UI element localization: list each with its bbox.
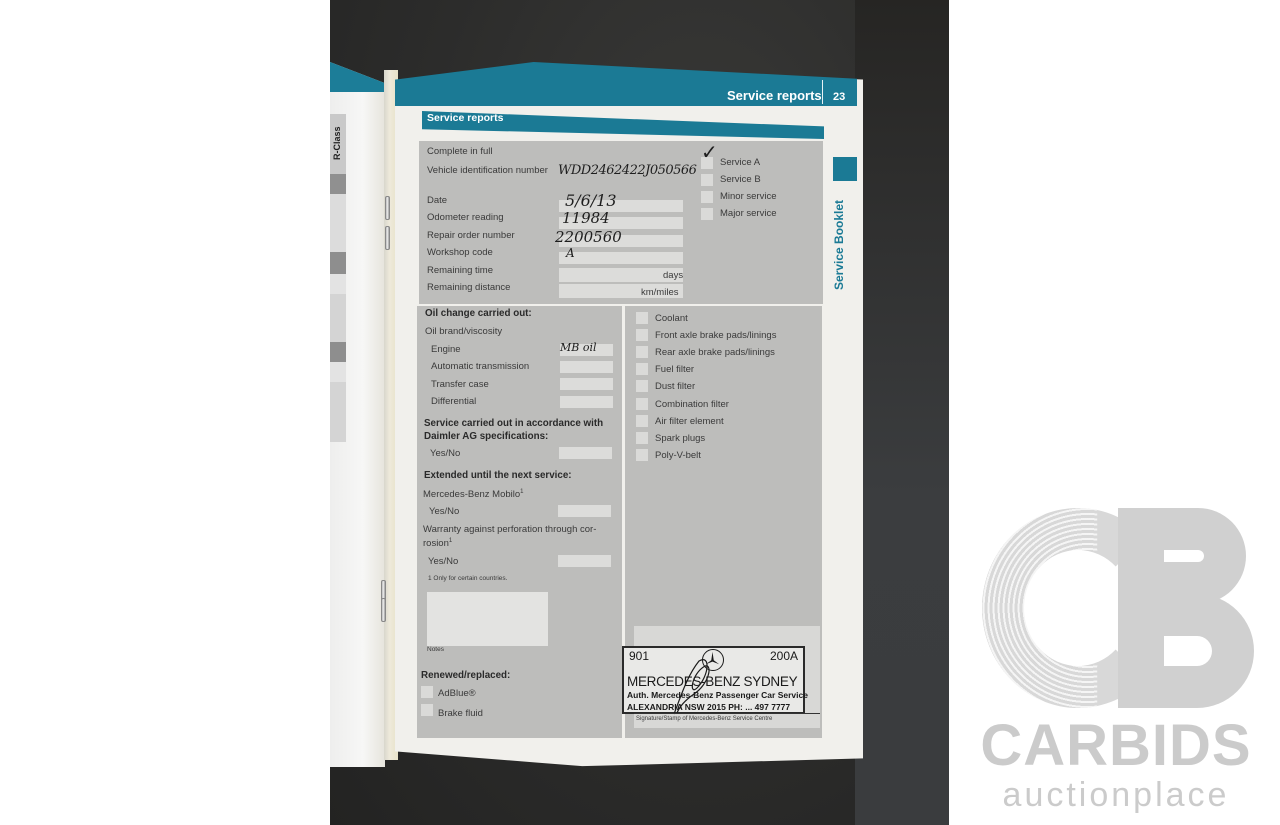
odometer-label: Odometer reading xyxy=(427,212,504,223)
adblue-checkbox[interactable] xyxy=(421,686,433,698)
checklist-item-label: Coolant xyxy=(655,313,688,324)
warranty-yes-no-field[interactable] xyxy=(558,555,611,567)
checklist-item-label: Combination filter xyxy=(655,399,729,410)
service-a-label: Service A xyxy=(720,157,760,168)
staple xyxy=(385,226,390,250)
tab-cell xyxy=(330,294,346,342)
check-mark-icon: ✓ xyxy=(701,140,718,165)
checklist-item-label: Front axle brake pads/linings xyxy=(655,330,776,341)
daimler-spec-heading-1: Service carried out in accordance with xyxy=(424,418,603,429)
transfer-case-label: Transfer case xyxy=(431,379,489,390)
checklist-checkbox[interactable] xyxy=(636,398,648,410)
tab-cell xyxy=(330,342,346,362)
signature-scribble xyxy=(669,656,719,716)
warranty-yes-no-label: Yes/No xyxy=(428,556,458,567)
tab-cell xyxy=(330,274,346,294)
odometer-value: 11984 xyxy=(562,209,610,227)
minor-service-checkbox[interactable] xyxy=(701,191,713,203)
complete-in-full-label: Complete in full xyxy=(427,146,492,157)
watermark-tagline: auctionplace xyxy=(978,776,1254,815)
oil-brand-label: Oil brand/viscosity xyxy=(425,326,502,337)
vin-label: Vehicle identification number xyxy=(427,164,557,177)
table-surface xyxy=(855,0,949,825)
remaining-time-label: Remaining time xyxy=(427,265,493,276)
checklist-item-label: Fuel filter xyxy=(655,364,694,375)
date-value: 5/6/13 xyxy=(565,191,617,210)
mobilo-yes-no-label: Yes/No xyxy=(429,506,459,517)
model-tab-label: R-Class xyxy=(332,120,344,160)
repair-order-label: Repair order number xyxy=(427,230,515,241)
warranty-label-line2: rosion1 xyxy=(423,538,452,549)
staple xyxy=(381,598,386,622)
mobilo-yes-no-field[interactable] xyxy=(558,505,611,517)
page-number: 23 xyxy=(833,91,845,103)
section-title: Service reports xyxy=(427,112,503,124)
renewed-heading: Renewed/replaced: xyxy=(421,670,510,681)
checklist-checkbox[interactable] xyxy=(636,380,648,392)
tab-cell xyxy=(330,174,346,194)
footnote-marker: 1 xyxy=(520,489,523,495)
stamp-code-left: 901 xyxy=(629,649,649,663)
warranty-label-line1: Warranty against perforation through cor… xyxy=(423,524,596,535)
stamp-caption: Signature/Stamp of Mercedes-Benz Service… xyxy=(636,716,772,722)
service-b-checkbox[interactable] xyxy=(701,174,713,186)
remaining-distance-label: Remaining distance xyxy=(427,282,510,293)
daimler-spec-heading-2: Daimler AG specifications: xyxy=(424,431,548,442)
side-tab-marker xyxy=(833,157,857,181)
notes-label: Notes xyxy=(427,646,444,653)
checklist-item-label: Rear axle brake pads/linings xyxy=(655,347,775,358)
mobilo-label: Mercedes-Benz Mobilo1 xyxy=(423,489,524,500)
date-label: Date xyxy=(427,195,447,206)
differential-label: Differential xyxy=(431,396,476,407)
workshop-code-field[interactable] xyxy=(559,252,683,264)
auto-transmission-label: Automatic transmission xyxy=(431,361,529,372)
minor-service-label: Minor service xyxy=(720,191,777,202)
checklist-checkbox[interactable] xyxy=(636,346,648,358)
engine-oil-value: MB oil xyxy=(560,341,597,354)
extended-heading: Extended until the next service: xyxy=(424,470,572,481)
checklist-checkbox[interactable] xyxy=(636,312,648,324)
signature-line xyxy=(634,713,820,714)
adblue-label: AdBlue® xyxy=(438,688,476,699)
checklist-checkbox[interactable] xyxy=(636,432,648,444)
checklist-item-label: Dust filter xyxy=(655,381,695,392)
notes-field[interactable] xyxy=(427,592,548,646)
stamp-code-right: 200A xyxy=(770,649,798,663)
workshop-code-value: A xyxy=(566,246,575,260)
checklist-item-label: Spark plugs xyxy=(655,433,705,444)
repair-order-value: 2200560 xyxy=(555,228,622,246)
brake-fluid-label: Brake fluid xyxy=(438,708,483,719)
checklist-item-label: Air filter element xyxy=(655,416,724,427)
watermark-brand: CARBIDS xyxy=(978,712,1254,779)
side-tab-label: Service Booklet xyxy=(832,186,848,290)
workshop-code-label: Workshop code xyxy=(427,247,493,258)
checklist-checkbox[interactable] xyxy=(636,415,648,427)
auto-transmission-field[interactable] xyxy=(560,361,613,373)
remaining-time-unit: days xyxy=(663,270,683,281)
staple xyxy=(385,196,390,220)
footnote-marker: 1 xyxy=(449,538,452,544)
footnote: 1 Only for certain countries. xyxy=(428,575,507,582)
vin-value[interactable]: WDD2462422J050566 xyxy=(558,163,696,178)
checklist-item-label: Poly-V-belt xyxy=(655,450,701,461)
page-header-title: Service reports xyxy=(727,88,822,103)
previous-page xyxy=(330,62,385,767)
checklist-checkbox[interactable] xyxy=(636,363,648,375)
header-divider xyxy=(822,80,823,104)
tab-cell xyxy=(330,382,346,442)
dealer-stamp: 901 200A MERCEDES-BENZ SYDNEY Auth. Merc… xyxy=(622,646,805,714)
daimler-yes-no-field[interactable] xyxy=(559,447,612,459)
differential-field[interactable] xyxy=(560,396,613,408)
major-service-label: Major service xyxy=(720,208,777,219)
service-b-label: Service B xyxy=(720,174,761,185)
remaining-distance-unit: km/miles xyxy=(641,287,678,298)
oil-change-heading: Oil change carried out: xyxy=(425,308,532,319)
tab-cell xyxy=(330,252,346,274)
tab-cell xyxy=(330,362,346,382)
checklist-checkbox[interactable] xyxy=(636,329,648,341)
daimler-yes-no-label: Yes/No xyxy=(430,448,460,459)
engine-oil-label: Engine xyxy=(431,344,461,355)
brake-fluid-checkbox[interactable] xyxy=(421,704,433,716)
warranty-label-text: rosion xyxy=(423,538,449,549)
tab-cell xyxy=(330,194,346,254)
major-service-checkbox[interactable] xyxy=(701,208,713,220)
transfer-case-field[interactable] xyxy=(560,378,613,390)
carbids-b-icon xyxy=(1118,508,1254,708)
mobilo-label-text: Mercedes-Benz Mobilo xyxy=(423,489,520,500)
checklist-checkbox[interactable] xyxy=(636,449,648,461)
